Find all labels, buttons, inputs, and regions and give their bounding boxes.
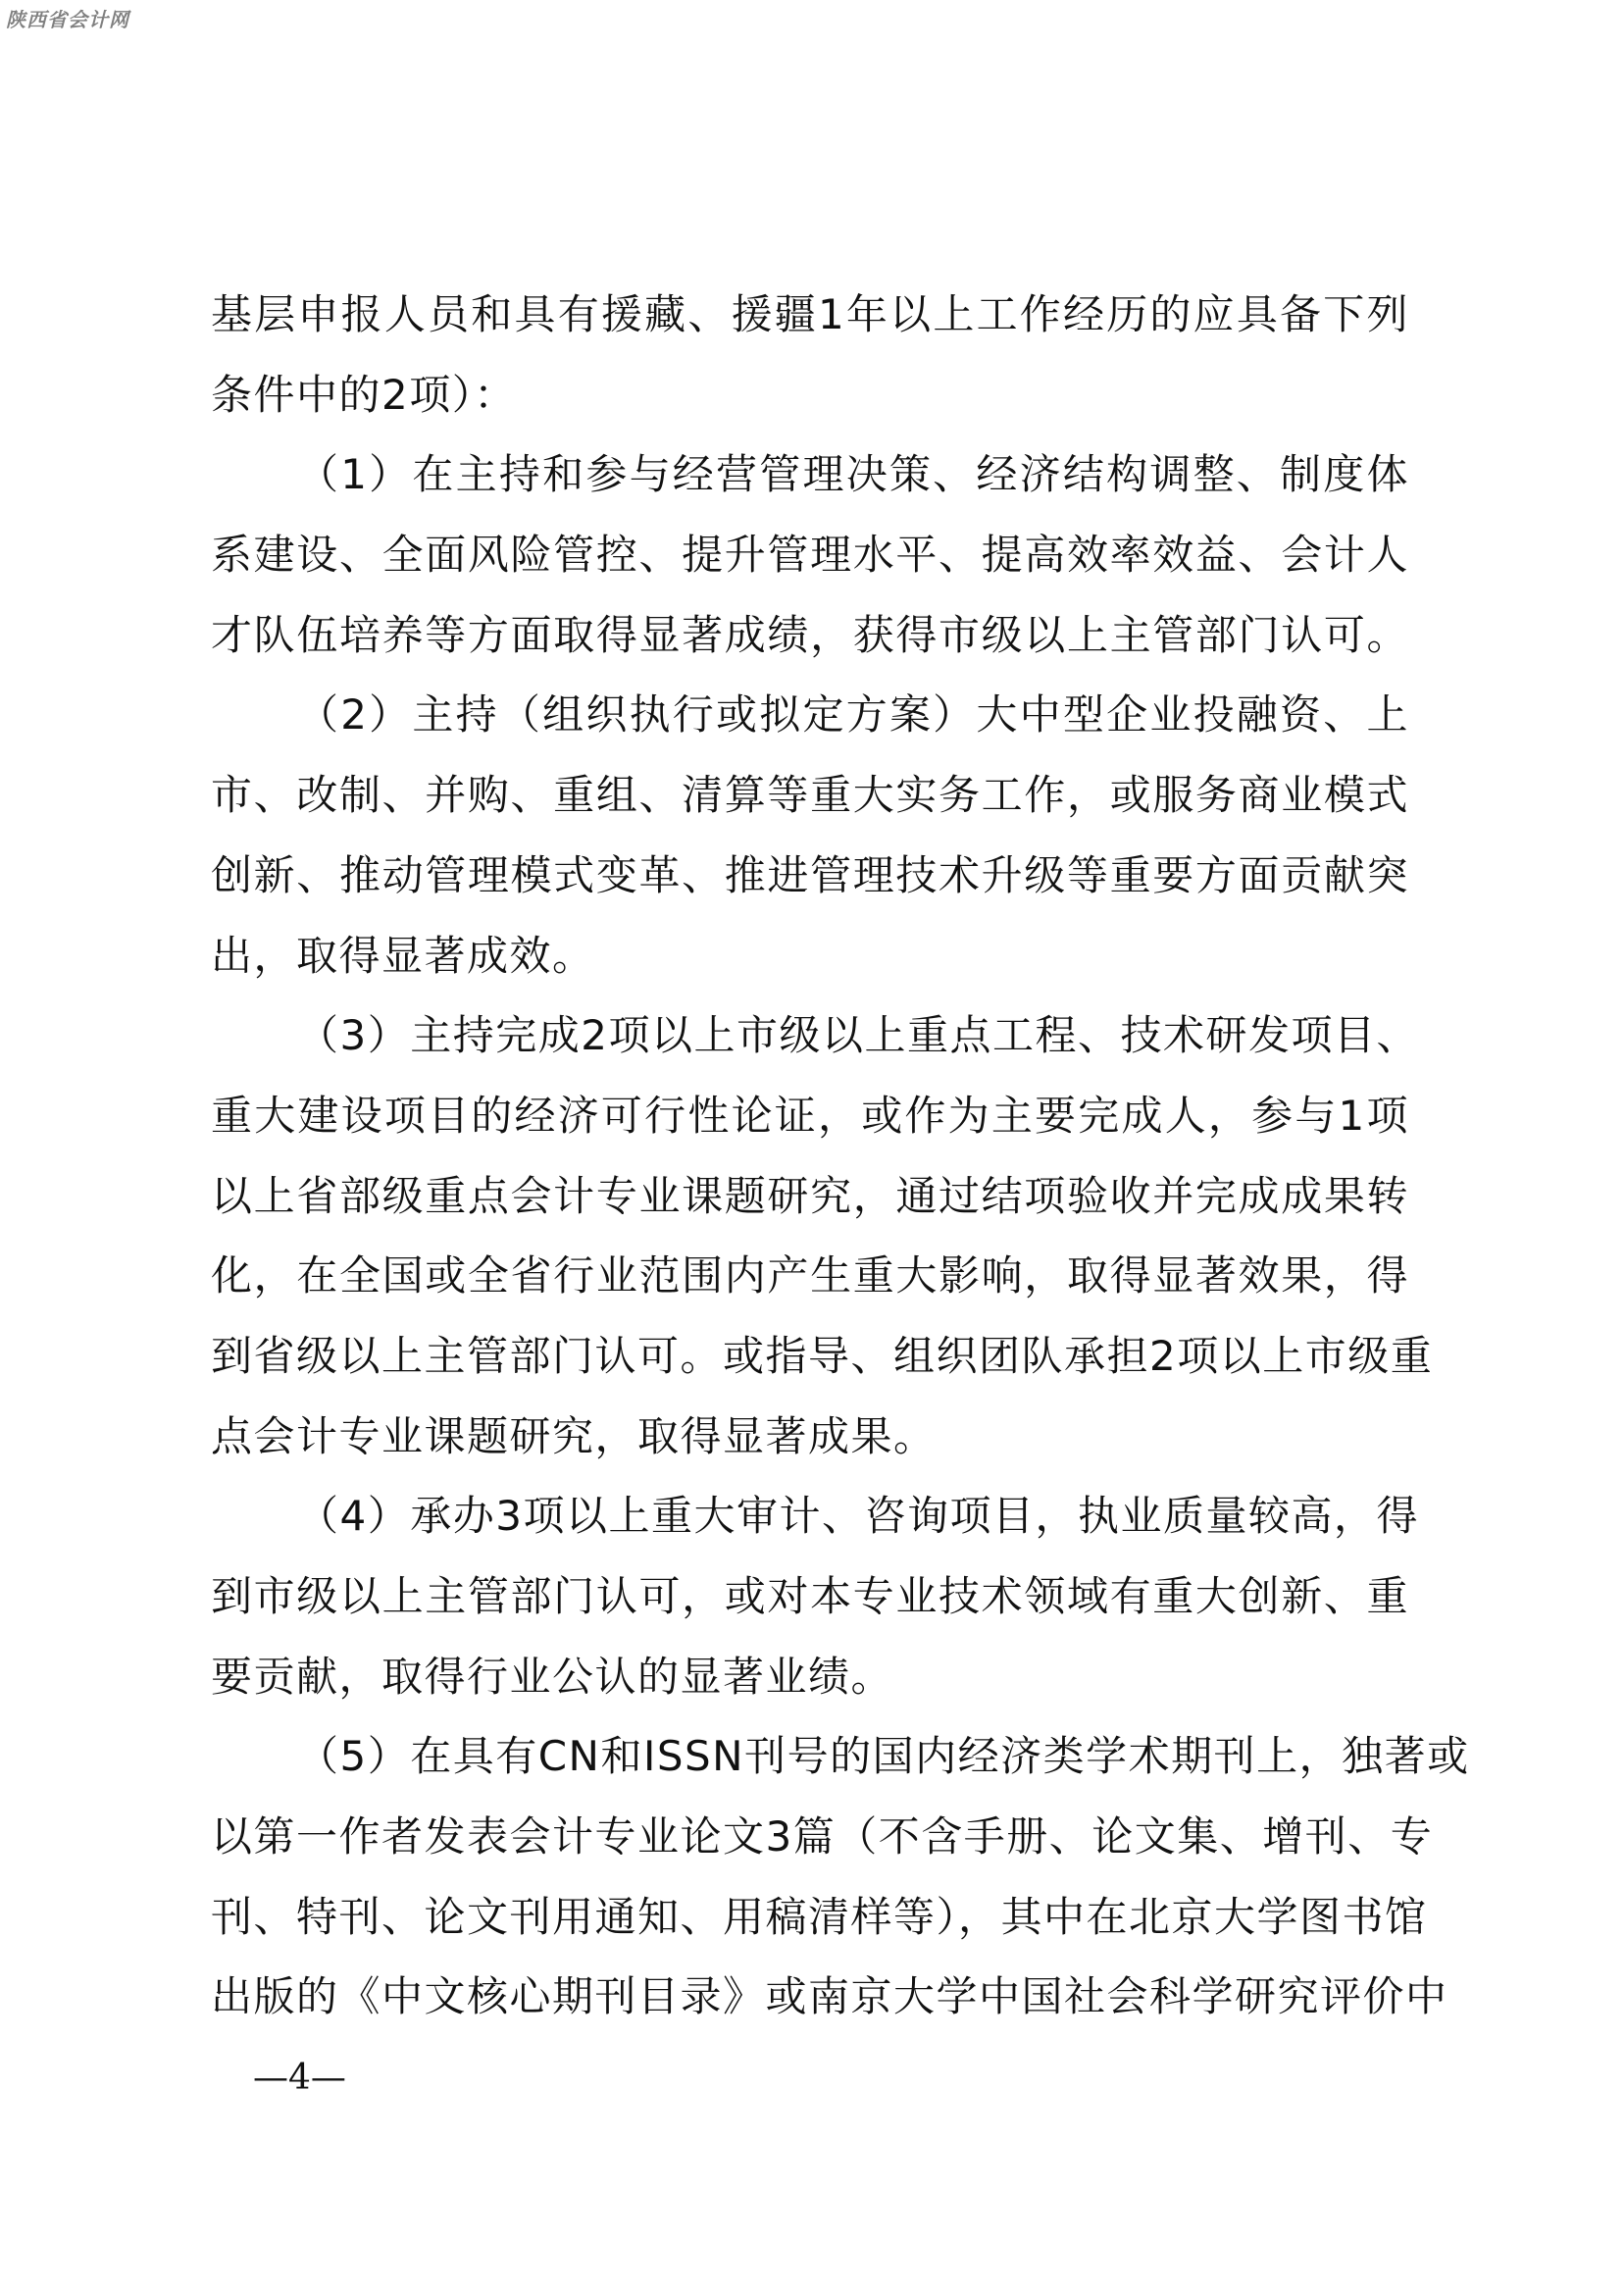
text-line: 以第一作者发表会计专业论文3篇（不含手册、论文集、增刊、专: [211, 1797, 1409, 1877]
text-line: 化，在全国或全省行业范围内产生重大影响，取得显著效果，得: [211, 1236, 1409, 1316]
text-line: 才队伍培养等方面取得显著成绩，获得市级以上主管部门认可。: [211, 595, 1409, 676]
text-line: 出，取得显著成效。: [211, 916, 1409, 996]
text-line: （2）主持（组织执行或拟定方案）大中型企业投融资、上: [211, 675, 1409, 755]
text-line: 点会计专业课题研究，取得显著成果。: [211, 1397, 1409, 1477]
text-line: 刊、特刊、论文刊用通知、用稿清样等），其中在北京大学图书馆: [211, 1877, 1409, 1958]
text-line: 系建设、全面风险管控、提升管理水平、提高效率效益、会计人: [211, 515, 1409, 595]
page-number: —4—: [253, 2058, 346, 2098]
text-line: （4）承办3项以上重大审计、咨询项目，执业质量较高，得: [211, 1476, 1409, 1556]
text-line: 创新、推动管理模式变革、推进管理技术升级等重要方面贡献突: [211, 836, 1409, 916]
paragraph-intro: 基层申报人员和具有援藏、援疆1年以上工作经历的应具备下列 条件中的2项）：: [211, 275, 1409, 434]
paragraph-item-4: （4）承办3项以上重大审计、咨询项目，执业质量较高，得 到市级以上主管部门认可，…: [211, 1476, 1409, 1716]
text-line: （3）主持完成2项以上市级以上重点工程、技术研发项目、: [211, 995, 1409, 1076]
document-body: 基层申报人员和具有援藏、援疆1年以上工作经历的应具备下列 条件中的2项）： （1…: [211, 275, 1409, 2037]
site-watermark: 陕西省会计网: [6, 4, 129, 32]
text-line: （1）在主持和参与经营管理决策、经济结构调整、制度体: [211, 434, 1409, 515]
text-line: 要贡献，取得行业公认的显著业绩。: [211, 1637, 1409, 1717]
text-line: 出版的《中文核心期刊目录》或南京大学中国社会科学研究评价中: [211, 1957, 1409, 2037]
text-line: （5）在具有CN和ISSN刊号的国内经济类学术期刊上，独著或: [211, 1716, 1409, 1797]
paragraph-item-3: （3）主持完成2项以上市级以上重点工程、技术研发项目、 重大建设项目的经济可行性…: [211, 995, 1409, 1476]
text-line: 以上省部级重点会计专业课题研究，通过结项验收并完成成果转: [211, 1156, 1409, 1237]
text-line: 条件中的2项）：: [211, 355, 1409, 435]
text-line: 市、改制、并购、重组、清算等重大实务工作，或服务商业模式: [211, 755, 1409, 836]
text-line: 重大建设项目的经济可行性论证，或作为主要完成人，参与1项: [211, 1076, 1409, 1156]
paragraph-item-2: （2）主持（组织执行或拟定方案）大中型企业投融资、上 市、改制、并购、重组、清算…: [211, 675, 1409, 995]
text-line: 基层申报人员和具有援藏、援疆1年以上工作经历的应具备下列: [211, 275, 1409, 355]
text-line: 到市级以上主管部门认可，或对本专业技术领域有重大创新、重: [211, 1556, 1409, 1637]
paragraph-item-5: （5）在具有CN和ISSN刊号的国内经济类学术期刊上，独著或 以第一作者发表会计…: [211, 1716, 1409, 2037]
paragraph-item-1: （1）在主持和参与经营管理决策、经济结构调整、制度体 系建设、全面风险管控、提升…: [211, 434, 1409, 675]
text-line: 到省级以上主管部门认可。或指导、组织团队承担2项以上市级重: [211, 1316, 1409, 1397]
